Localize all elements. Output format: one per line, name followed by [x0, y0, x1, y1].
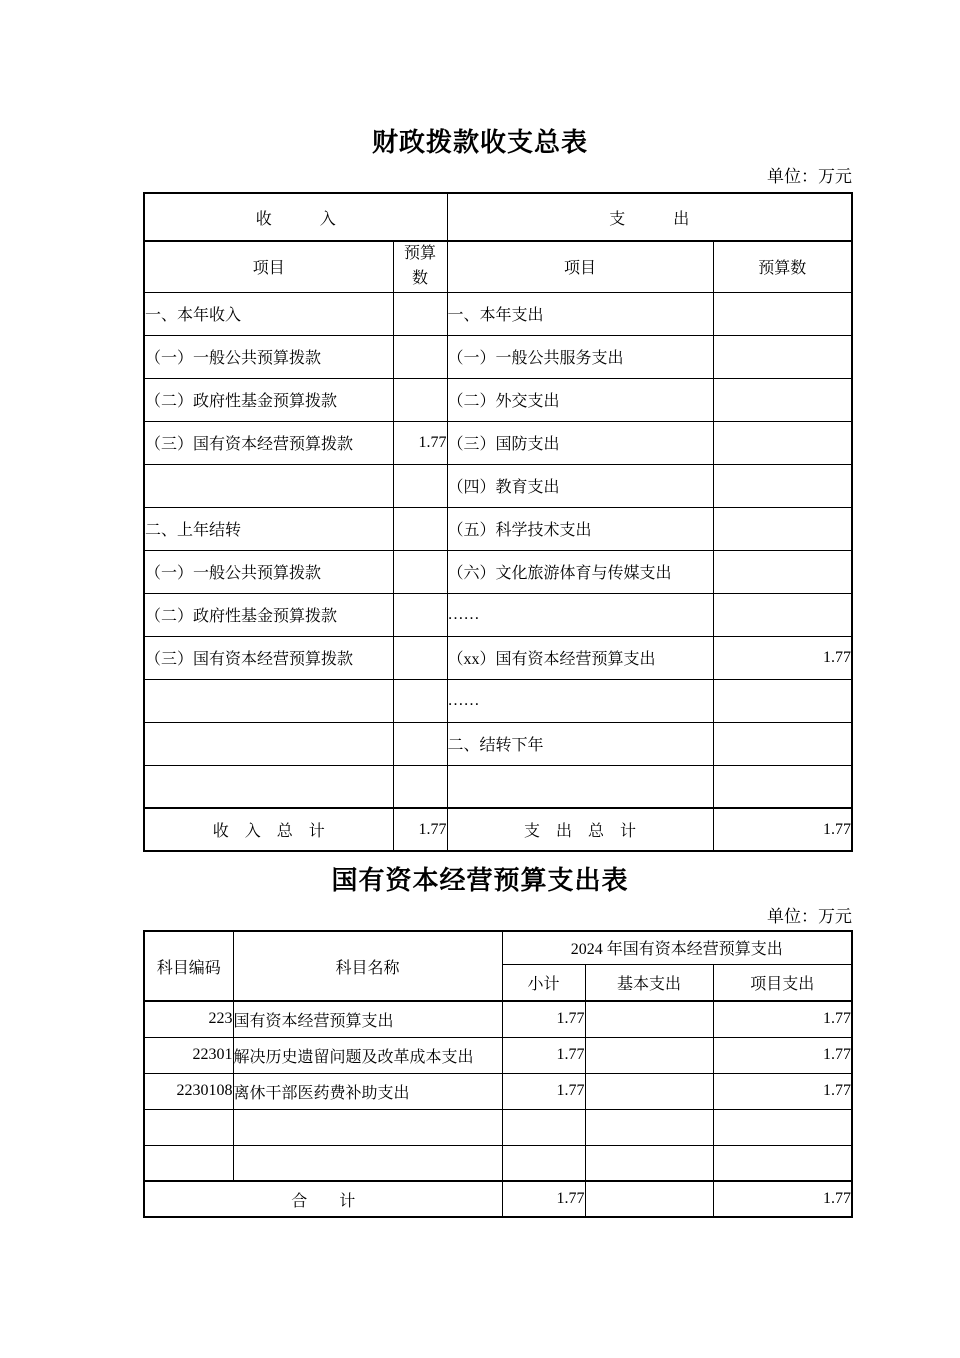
expense-amount-cell — [713, 765, 852, 808]
t2-row — [144, 1145, 852, 1181]
income-amount-cell — [393, 765, 447, 808]
budget-group-header: 2024 年国有资本经营预算支出 — [502, 931, 852, 964]
subtotal-cell — [502, 1145, 585, 1181]
t1-total-row: 收 入 总 计 1.77 支 出 总 计 1.77 — [144, 808, 852, 851]
basic-expense-cell — [585, 1145, 713, 1181]
t1-header-row-1: 收 入 支 出 — [144, 193, 852, 241]
capital-budget-title: 国有资本经营预算支出表 — [0, 860, 960, 897]
income-item-header: 项目 — [144, 241, 393, 292]
basic-expense-cell — [585, 1001, 713, 1037]
income-total-label: 收 入 总 计 — [144, 808, 393, 851]
t2-header-row-1: 科目编码 科目名称 2024 年国有资本经营预算支出 — [144, 931, 852, 964]
unit-label-bottom: 单位：万元 — [767, 902, 852, 927]
grand-total-project: 1.77 — [713, 1181, 852, 1217]
income-amount-cell — [393, 636, 447, 679]
expense-item-header: 项目 — [447, 241, 713, 292]
income-item-cell — [144, 464, 393, 507]
income-budget-header-text: 预算数 — [403, 242, 437, 292]
income-item-cell — [144, 722, 393, 765]
income-item-cell: 一、本年收入 — [144, 292, 393, 335]
project-expense-cell: 1.77 — [713, 1001, 852, 1037]
income-total-value: 1.77 — [393, 808, 447, 851]
project-expense-cell — [713, 1145, 852, 1181]
expense-amount-cell — [713, 464, 852, 507]
basic-expense-cell — [585, 1037, 713, 1073]
expenditure-section-header: 支 出 — [447, 193, 852, 241]
project-expense-cell: 1.77 — [713, 1073, 852, 1109]
income-item-cell: （一）一般公共预算拨款 — [144, 550, 393, 593]
t1-row: 一、本年收入 一、本年支出 — [144, 292, 852, 335]
expense-item-cell: （四）教育支出 — [447, 464, 713, 507]
expense-item-cell: （xx）国有资本经营预算支出 — [447, 636, 713, 679]
income-item-cell: （三）国有资本经营预算拨款 — [144, 421, 393, 464]
income-amount-cell — [393, 679, 447, 722]
subtotal-cell — [502, 1109, 585, 1145]
expense-amount-cell — [713, 335, 852, 378]
t1-row: （一）一般公共预算拨款 （六）文化旅游体育与传媒支出 — [144, 550, 852, 593]
subject-code-cell — [144, 1145, 233, 1181]
income-item-cell: （二）政府性基金预算拨款 — [144, 378, 393, 421]
expense-amount-cell — [713, 378, 852, 421]
t2-row — [144, 1109, 852, 1145]
income-item-cell — [144, 765, 393, 808]
fiscal-summary-title: 财政拨款收支总表 — [0, 122, 960, 159]
t1-row: （三）国有资本经营预算拨款 （xx）国有资本经营预算支出 1.77 — [144, 636, 852, 679]
project-expense-cell — [713, 1109, 852, 1145]
income-amount-cell — [393, 335, 447, 378]
expense-item-cell: （五）科学技术支出 — [447, 507, 713, 550]
t1-row: （三）国有资本经营预算拨款 1.77 （三）国防支出 — [144, 421, 852, 464]
t2-row: 22301 解决历史遗留问题及改革成本支出 1.77 1.77 — [144, 1037, 852, 1073]
t1-row: 二、结转下年 — [144, 722, 852, 765]
code-column-header: 科目编码 — [144, 931, 233, 1001]
expense-amount-cell — [713, 507, 852, 550]
project-expense-cell: 1.77 — [713, 1037, 852, 1073]
basic-expense-column-header: 基本支出 — [585, 964, 713, 1001]
project-expense-column-header: 项目支出 — [713, 964, 852, 1001]
basic-expense-cell — [585, 1109, 713, 1145]
capital-budget-table: 科目编码 科目名称 2024 年国有资本经营预算支出 小计 基本支出 项目支出 … — [143, 930, 853, 1218]
grand-total-subtotal: 1.77 — [502, 1181, 585, 1217]
income-amount-cell — [393, 378, 447, 421]
income-amount-cell — [393, 464, 447, 507]
income-amount-cell — [393, 593, 447, 636]
expense-item-cell — [447, 765, 713, 808]
subject-code-cell — [144, 1109, 233, 1145]
income-section-header: 收 入 — [144, 193, 447, 241]
subtotal-cell: 1.77 — [502, 1073, 585, 1109]
t1-row: （二）政府性基金预算拨款 （二）外交支出 — [144, 378, 852, 421]
t2-row: 223 国有资本经营预算支出 1.77 1.77 — [144, 1001, 852, 1037]
income-item-cell: （二）政府性基金预算拨款 — [144, 593, 393, 636]
expense-amount-cell — [713, 679, 852, 722]
income-amount-cell — [393, 550, 447, 593]
expense-item-cell: （三）国防支出 — [447, 421, 713, 464]
t2-total-row: 合 计 1.77 1.77 — [144, 1181, 852, 1217]
expense-item-cell: （六）文化旅游体育与传媒支出 — [447, 550, 713, 593]
expense-amount-cell — [713, 421, 852, 464]
document-page: 财政拨款收支总表 单位：万元 收 入 支 出 项目 预算数 项目 预算数 一、本… — [0, 0, 960, 1358]
t1-row: …… — [144, 679, 852, 722]
income-budget-header: 预算数 — [393, 241, 447, 292]
t1-row: （一）一般公共预算拨款 （一）一般公共服务支出 — [144, 335, 852, 378]
unit-label-top: 单位：万元 — [767, 162, 852, 187]
expense-item-cell: 一、本年支出 — [447, 292, 713, 335]
subject-code-cell: 22301 — [144, 1037, 233, 1073]
expense-total-label: 支 出 总 计 — [447, 808, 713, 851]
subtotal-column-header: 小计 — [502, 964, 585, 1001]
grand-total-basic — [585, 1181, 713, 1217]
t1-row: 二、上年结转 （五）科学技术支出 — [144, 507, 852, 550]
t1-header-row-2: 项目 预算数 项目 预算数 — [144, 241, 852, 292]
expense-amount-cell — [713, 292, 852, 335]
subject-name-cell: 解决历史遗留问题及改革成本支出 — [233, 1037, 502, 1073]
expense-item-cell: …… — [447, 593, 713, 636]
income-amount-cell — [393, 292, 447, 335]
subject-name-cell: 离休干部医药费补助支出 — [233, 1073, 502, 1109]
income-item-cell: （一）一般公共预算拨款 — [144, 335, 393, 378]
subject-name-cell — [233, 1109, 502, 1145]
expense-total-value: 1.77 — [713, 808, 852, 851]
expense-amount-cell — [713, 722, 852, 765]
expense-budget-header: 预算数 — [713, 241, 852, 292]
expense-amount-cell: 1.77 — [713, 636, 852, 679]
t2-row: 2230108 离休干部医药费补助支出 1.77 1.77 — [144, 1073, 852, 1109]
expense-item-cell: 二、结转下年 — [447, 722, 713, 765]
income-item-cell: 二、上年结转 — [144, 507, 393, 550]
t1-row: （二）政府性基金预算拨款 …… — [144, 593, 852, 636]
basic-expense-cell — [585, 1073, 713, 1109]
expense-amount-cell — [713, 593, 852, 636]
subject-code-cell: 2230108 — [144, 1073, 233, 1109]
t1-row: （四）教育支出 — [144, 464, 852, 507]
income-item-cell — [144, 679, 393, 722]
subtotal-cell: 1.77 — [502, 1037, 585, 1073]
t1-row — [144, 765, 852, 808]
subject-name-cell — [233, 1145, 502, 1181]
expense-item-cell: …… — [447, 679, 713, 722]
expense-item-cell: （一）一般公共服务支出 — [447, 335, 713, 378]
income-amount-cell — [393, 507, 447, 550]
fiscal-summary-table: 收 入 支 出 项目 预算数 项目 预算数 一、本年收入 一、本年支出 （一）一… — [143, 192, 853, 852]
expense-amount-cell — [713, 550, 852, 593]
income-amount-cell — [393, 722, 447, 765]
income-amount-cell: 1.77 — [393, 421, 447, 464]
income-item-cell: （三）国有资本经营预算拨款 — [144, 636, 393, 679]
name-column-header: 科目名称 — [233, 931, 502, 1001]
subtotal-cell: 1.77 — [502, 1001, 585, 1037]
expense-item-cell: （二）外交支出 — [447, 378, 713, 421]
subject-code-cell: 223 — [144, 1001, 233, 1037]
subject-name-cell: 国有资本经营预算支出 — [233, 1001, 502, 1037]
grand-total-label: 合 计 — [144, 1181, 502, 1217]
